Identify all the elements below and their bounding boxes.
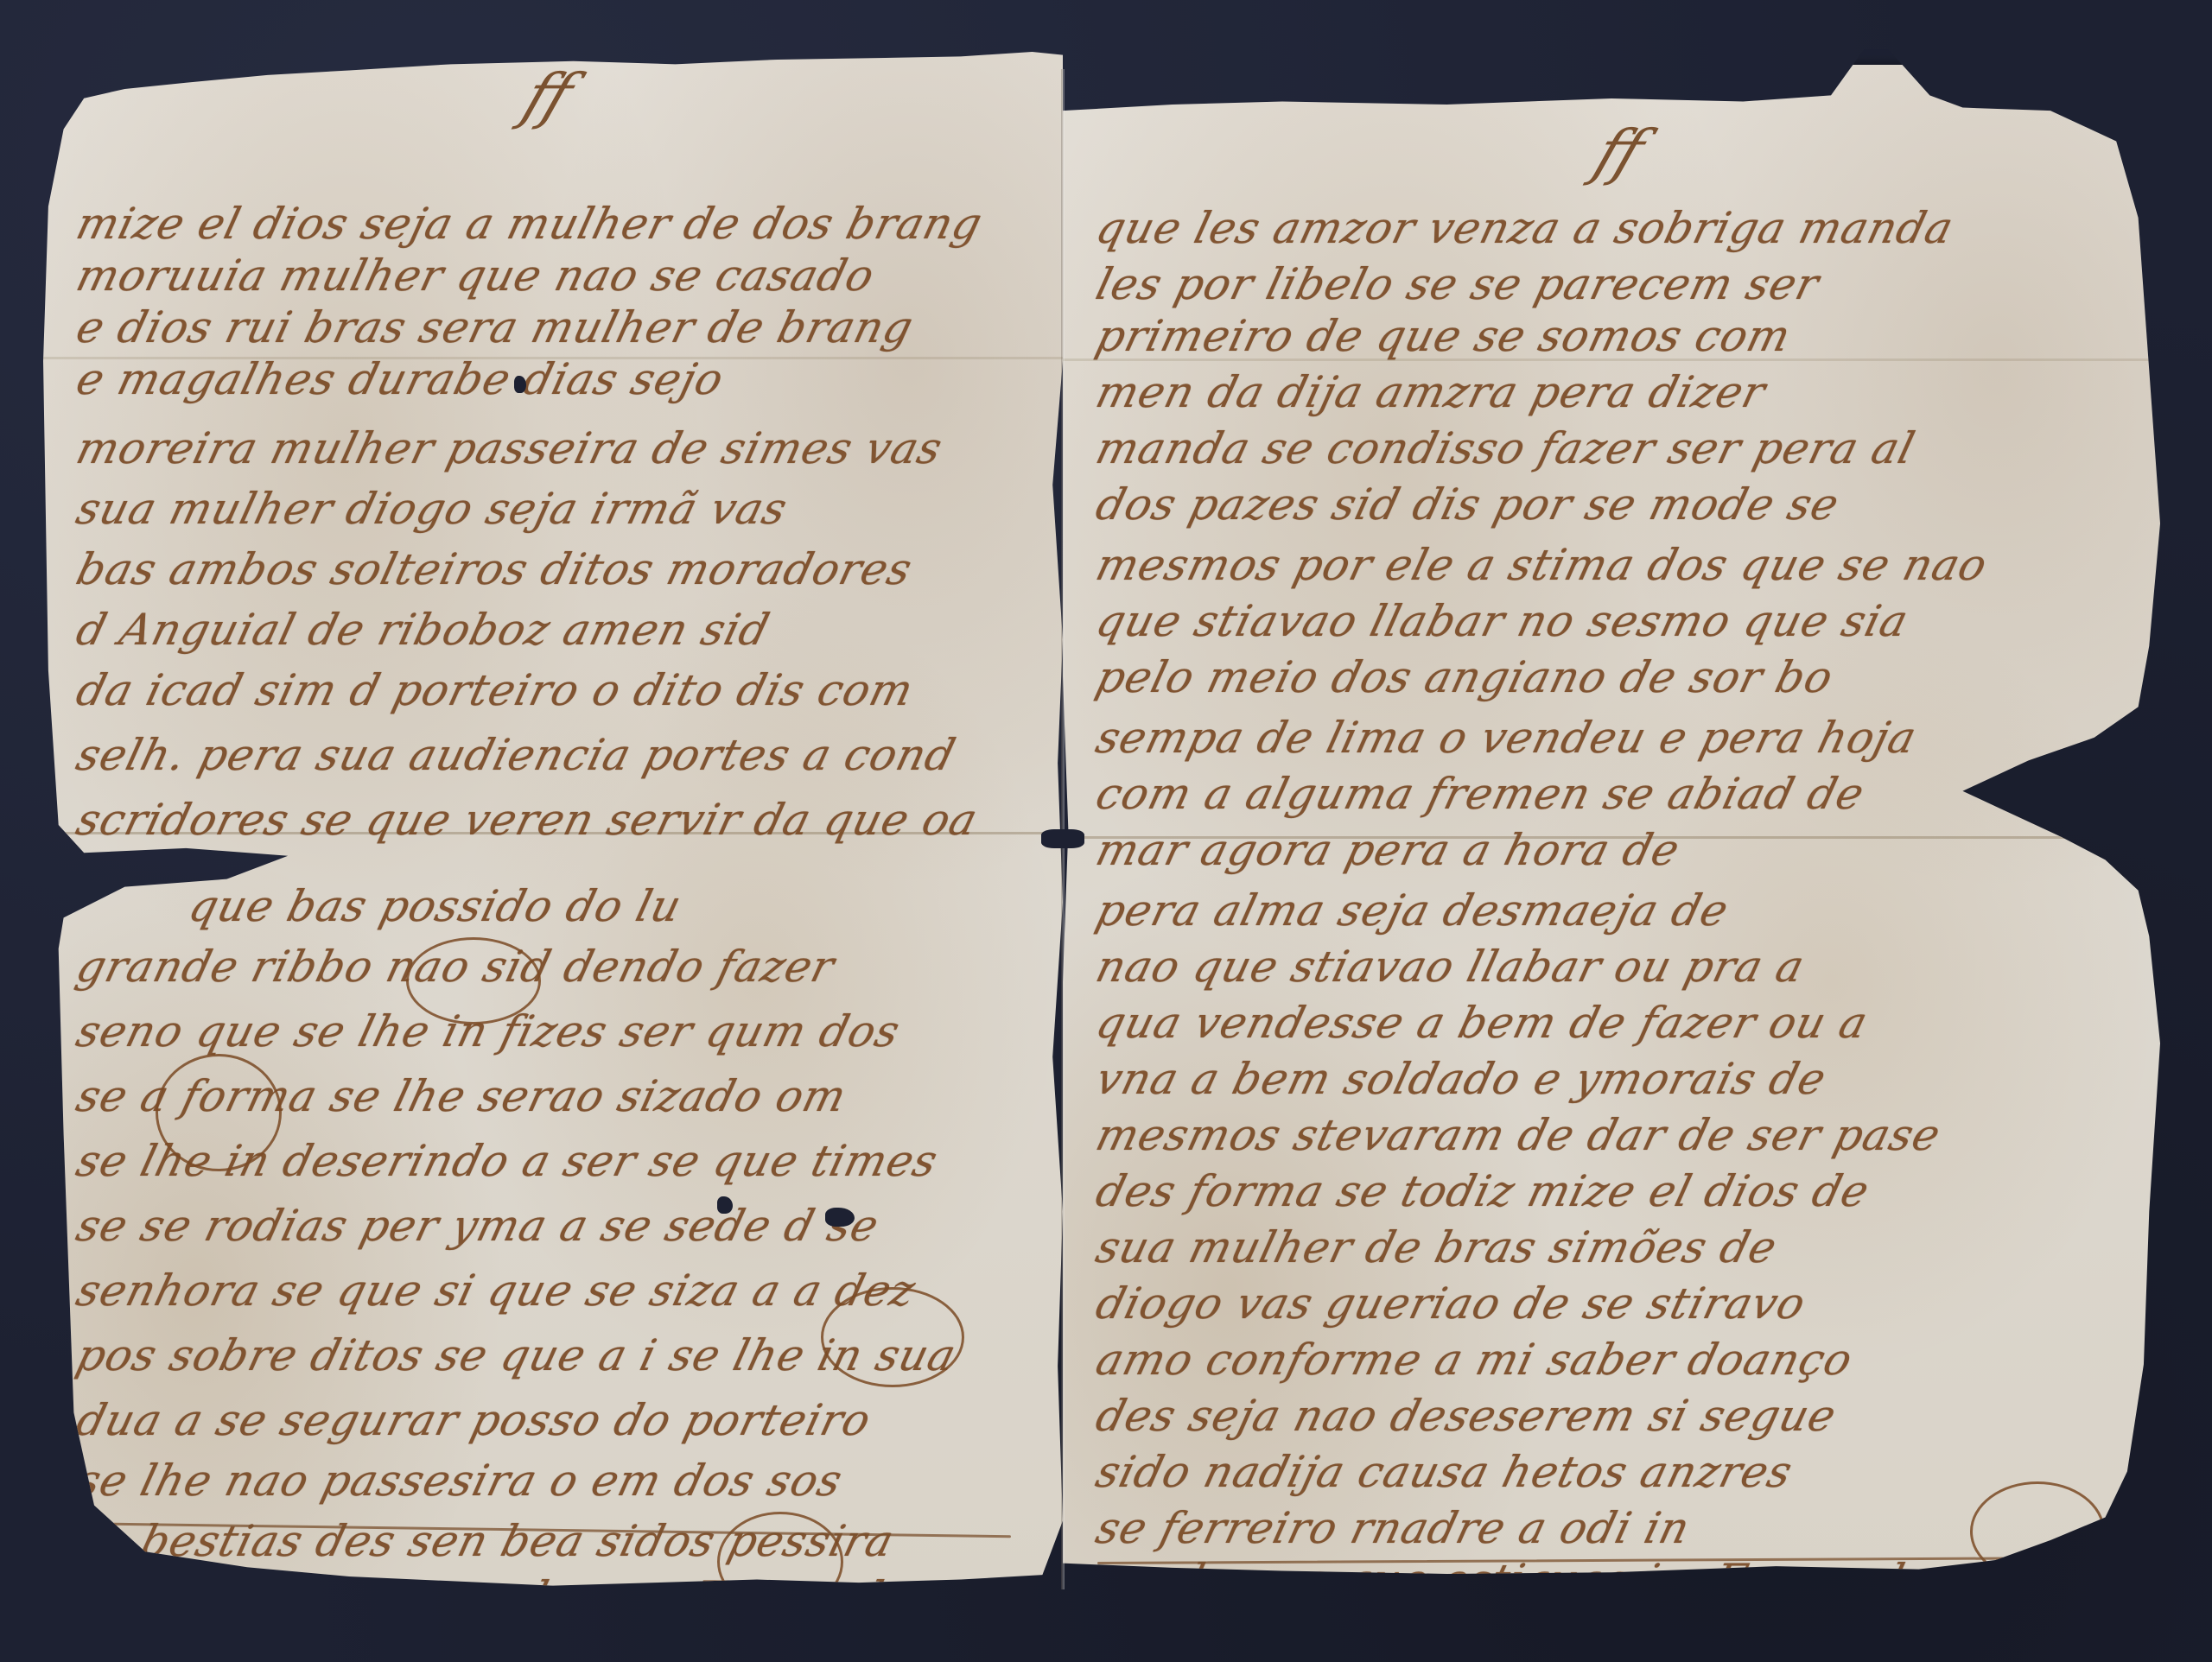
manuscript-line: d Anguial de riboboz amen sid (72, 605, 775, 655)
manuscript-line: e magalhes durabe dias sejo (72, 354, 729, 404)
manuscript-line: se se rodias per yma a se sede d se (72, 1201, 885, 1251)
manuscript-line: diogo vas gueriao de se stiravo (1091, 1278, 1811, 1329)
manuscript-line: sempa de lima o vendeu e pera hoja (1091, 713, 1922, 763)
manuscript-line: des seja nao deseserem si segue (1091, 1391, 1842, 1441)
manuscript-line: se lhe nao passesira o em dos sos (72, 1456, 848, 1506)
circled-abbreviation (156, 1054, 282, 1171)
left-manuscript-page: ff mize el dios seja a mulher de dos bra… (43, 52, 1063, 1598)
manuscript-line: senhora se que si que se siza a a dez (72, 1266, 921, 1316)
right-manuscript-page: ff que les amzor venza a sobriga manda l… (1063, 65, 2160, 1594)
manuscript-line: com a alguma fremen se abiad de (1091, 769, 1870, 819)
manuscript-line: sua mulher de bras simões de (1091, 1222, 1783, 1272)
paper-hole (717, 1196, 733, 1214)
manuscript-line: da icad sim d porteiro o dito dis com (72, 665, 918, 715)
manuscript-line: dos pazes sid dis por se mode se (1091, 479, 1845, 530)
circled-abbreviation (821, 1287, 964, 1387)
manuscript-line: men da dija amzra pera dizer (1091, 367, 1771, 417)
manuscript-line: e dios rui bras sera mulher de brang (72, 302, 918, 352)
manuscript-line: manda se condisso fazer ser pera al (1091, 423, 1920, 473)
manuscript-line: sido nadija causa hetos anzres (1091, 1447, 1798, 1497)
manuscript-line: amo conforme a mi saber doanço (1091, 1335, 1858, 1385)
manuscript-line: que stiavao llabar no sesmo que sia (1091, 596, 1914, 646)
manuscript-line: sua mulher diogo seja irmã vas (72, 484, 793, 534)
manuscript-line: mar agora pera a hora de (1091, 825, 1685, 875)
manuscript-line: vna a bem soldado e ymorais de (1091, 1054, 1832, 1104)
manuscript-line: se ferreiro rnadre a odi in (1091, 1503, 1695, 1553)
manuscript-line: scridores se que veren servir da que oa (72, 795, 983, 845)
folio-mark-right: ff (1586, 117, 1654, 187)
manuscript-line: bas ambos solteiros ditos moradores (72, 544, 918, 594)
paper-hole (825, 1208, 855, 1227)
manuscript-line: que bas possido do lu (184, 881, 687, 931)
manuscript-line: pera alma seja desmaeja de (1091, 885, 1734, 936)
manuscript-line: moruuia mulher que nao se casado (72, 251, 880, 301)
manuscript-line: qua vendesse a bem de fazer ou a (1091, 998, 1873, 1048)
manuscript-line: moreira mulher passeira de simes vas (72, 423, 948, 473)
manuscript-line: mesmos por ele a stima dos que se nao (1091, 540, 1993, 590)
manuscript-line: selh. pera sua audiencia portes a cond (72, 730, 961, 780)
manuscript-line: nao que stiavao llabar ou pra a (1091, 942, 1810, 992)
manuscript-line: mize el dios seja a mulher de dos brang (72, 199, 988, 249)
manuscript-line: des forma se todiz mize el dios de (1091, 1166, 1875, 1216)
folio-mark-left: ff (514, 60, 582, 131)
paper-hole (514, 376, 526, 393)
circled-abbreviation (406, 937, 541, 1024)
manuscript-line: mesmos stevaram de dar de ser pase (1091, 1110, 1946, 1160)
fold-tear-hole (1041, 829, 1084, 848)
manuscript-line: dua a se segurar posso do porteiro (72, 1395, 876, 1445)
manuscript-line: les por libelo se se parecem ser (1091, 259, 1825, 309)
manuscript-line: que les amzor venza a sobriga manda (1091, 203, 1959, 253)
manuscript-line: pelo meio dos angiano de sor bo (1091, 652, 1839, 702)
manuscript-line: primeiro de que se somos com (1091, 311, 1796, 361)
